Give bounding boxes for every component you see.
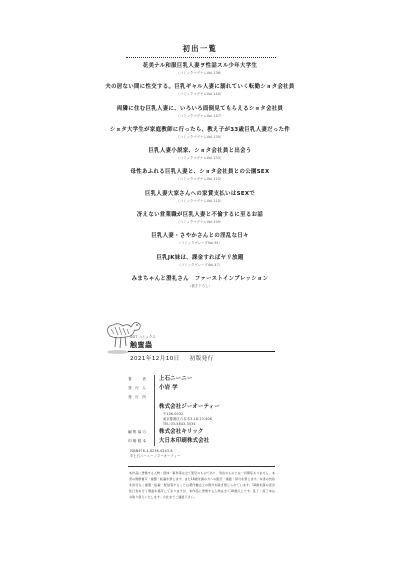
work-item: 夫の居ない間に性交する。巨乳ギャル人妻に溺れていく転勤ショタ会社員 （コミックマ… xyxy=(0,83,400,104)
legal-notice: 本作品に登場する人物・団体・事件等は全て架空のものであり、実在のものとは一切関係… xyxy=(129,470,275,500)
work-source: （コミックグレープVol.47） xyxy=(0,262,400,268)
credit-separator xyxy=(154,428,155,437)
work-title: 巨乳JK妹は、課金すればヤリ放題 xyxy=(0,254,400,262)
book-title: 触蜜蟲 xyxy=(130,340,153,350)
dotted-divider xyxy=(126,57,276,58)
work-title: 巨乳人妻大家さんへの家賃支払いはSEXで xyxy=(0,190,400,198)
credit-label: 発 行 所 xyxy=(128,393,154,402)
edition-label: 初版発行 xyxy=(190,356,214,362)
work-item: みまちゃんと澄礼さん ファーストインプレッション （描き下ろし） xyxy=(0,275,400,296)
work-item: 冴えない営業職が巨乳人妻と不倫するに至るお話 （コミックマグナムVol.109） xyxy=(0,211,400,232)
work-title: 巨乳人妻・さやかさんとの淫乱な日々 xyxy=(0,232,400,240)
credit-value: 小岩 学 xyxy=(159,384,178,393)
isbn-block: ISBN978-4-8236-0243-6 ©上石ニーニー／ジーオーティー xyxy=(130,449,181,459)
credit-row-publisher: 発 行 所 株式会社ジーオーティー 〒106-0032 東京都港区六本木3-16… xyxy=(128,393,308,428)
credit-separator xyxy=(154,437,155,446)
work-title: みまちゃんと澄礼さん ファーストインプレッション xyxy=(0,275,400,283)
work-item: 花美ナル和服巨乳人妻ヲ性話スル少年大学生 （コミックマグナムVol.136） xyxy=(0,62,400,83)
work-item: 両隣に住む巨乳人妻に、いろいろ面倒見てもらえるショタ会社員 （コミックマグナムV… xyxy=(0,105,400,126)
work-item: ショタ大学生が家庭教師に行ったら、教え子が33歳巨乳人妻だった件 （コミックマグ… xyxy=(0,126,400,147)
credit-value: 大日本印刷株式会社 xyxy=(159,437,209,446)
work-item: 巨乳人妻大家さんへの家賃支払いはSEXで （コミックマグナムVol.115） xyxy=(0,190,400,211)
work-source: （コミックマグナムVol.133） xyxy=(0,155,400,161)
colophon-page: 初出一覧 花美ナル和服巨乳人妻ヲ性話スル少年大学生 （コミックマグナムVol.1… xyxy=(0,0,400,568)
credit-label: 著 者 xyxy=(128,375,154,384)
work-source: （描き下ろし） xyxy=(0,283,400,289)
publisher-address: 〒106-0032 東京都港区六本木3-16-13-406 TEL:03-584… xyxy=(159,412,220,428)
copyright: ©上石ニーニー／ジーオーティー xyxy=(130,454,181,459)
work-title: 夫の居ない間に性交する。巨乳ギャル人妻に溺れていく転勤ショタ会社員 xyxy=(0,83,400,91)
work-source: （コミックマグナムVol.140） xyxy=(0,91,400,97)
work-source: （コミックマグナムVol.130） xyxy=(0,134,400,140)
work-item: 母性あふれる巨乳人妻と、ショタ会社員との公園SEX （コミックマグナムVol.1… xyxy=(0,168,400,189)
series-label: GOT コミックス xyxy=(130,334,156,339)
credits-table: 著 者 上石ニーニー 発 行 人 小岩 学 発 行 所 株式会社ジーオーティー … xyxy=(128,375,308,446)
credit-label: 編集協力 xyxy=(128,428,154,437)
credit-row-author: 著 者 上石ニーニー xyxy=(128,375,308,384)
work-title: 冴えない営業職が巨乳人妻と不倫するに至るお話 xyxy=(0,211,400,219)
credit-row-publisher-person: 発 行 人 小岩 学 xyxy=(128,384,308,393)
credit-value: 上石ニーニー xyxy=(159,375,193,384)
list-title: 初出一覧 xyxy=(0,44,400,54)
credit-separator xyxy=(154,375,155,384)
work-title: 巨乳人妻小説家、ショタ会社員と出会う xyxy=(0,147,400,155)
credit-value: 株式会社キリック xyxy=(159,428,204,437)
work-source: （コミックグレープVol.91） xyxy=(0,240,400,246)
credit-row-editorial: 編集協力 株式会社キリック xyxy=(128,428,308,437)
work-title: 両隣に住む巨乳人妻に、いろいろ面倒見てもらえるショタ会社員 xyxy=(0,105,400,113)
credit-separator xyxy=(154,384,155,393)
notice-divider xyxy=(128,466,275,467)
work-source: （コミックマグナムVol.125） xyxy=(0,176,400,182)
work-title: ショタ大学生が家庭教師に行ったら、教え子が33歳巨乳人妻だった件 xyxy=(0,126,400,134)
work-title: 母性あふれる巨乳人妻と、ショタ会社員との公園SEX xyxy=(0,168,400,176)
work-title: 花美ナル和服巨乳人妻ヲ性話スル少年大学生 xyxy=(0,62,400,70)
publication-date: 2021年12月10日 xyxy=(130,356,180,362)
publication-date-line: 2021年12月10日初版発行 xyxy=(130,354,214,362)
work-item: 巨乳人妻小説家、ショタ会社員と出会う （コミックマグナムVol.133） xyxy=(0,147,400,168)
credit-label: 発 行 人 xyxy=(128,384,154,393)
work-item: 巨乳JK妹は、課金すればヤリ放題 （コミックグレープVol.47） xyxy=(0,254,400,275)
credit-row-printing: 印刷製本 大日本印刷株式会社 xyxy=(128,437,308,446)
work-source: （コミックマグナムVol.136） xyxy=(0,70,400,76)
works-list: 花美ナル和服巨乳人妻ヲ性話スル少年大学生 （コミックマグナムVol.136） 夫… xyxy=(0,62,400,296)
work-item: 巨乳人妻・さやかさんとの淫乱な日々 （コミックグレープVol.91） xyxy=(0,232,400,253)
credit-separator xyxy=(154,393,155,428)
credit-value: 株式会社ジーオーティー xyxy=(159,404,220,410)
credit-label: 印刷製本 xyxy=(128,437,154,446)
publisher-block: 株式会社ジーオーティー 〒106-0032 東京都港区六本木3-16-13-40… xyxy=(159,393,220,428)
work-source: （コミックマグナムVol.147） xyxy=(0,113,400,119)
work-source: （コミックマグナムVol.109） xyxy=(0,219,400,225)
work-source: （コミックマグナムVol.115） xyxy=(0,198,400,204)
title-divider xyxy=(128,351,275,352)
